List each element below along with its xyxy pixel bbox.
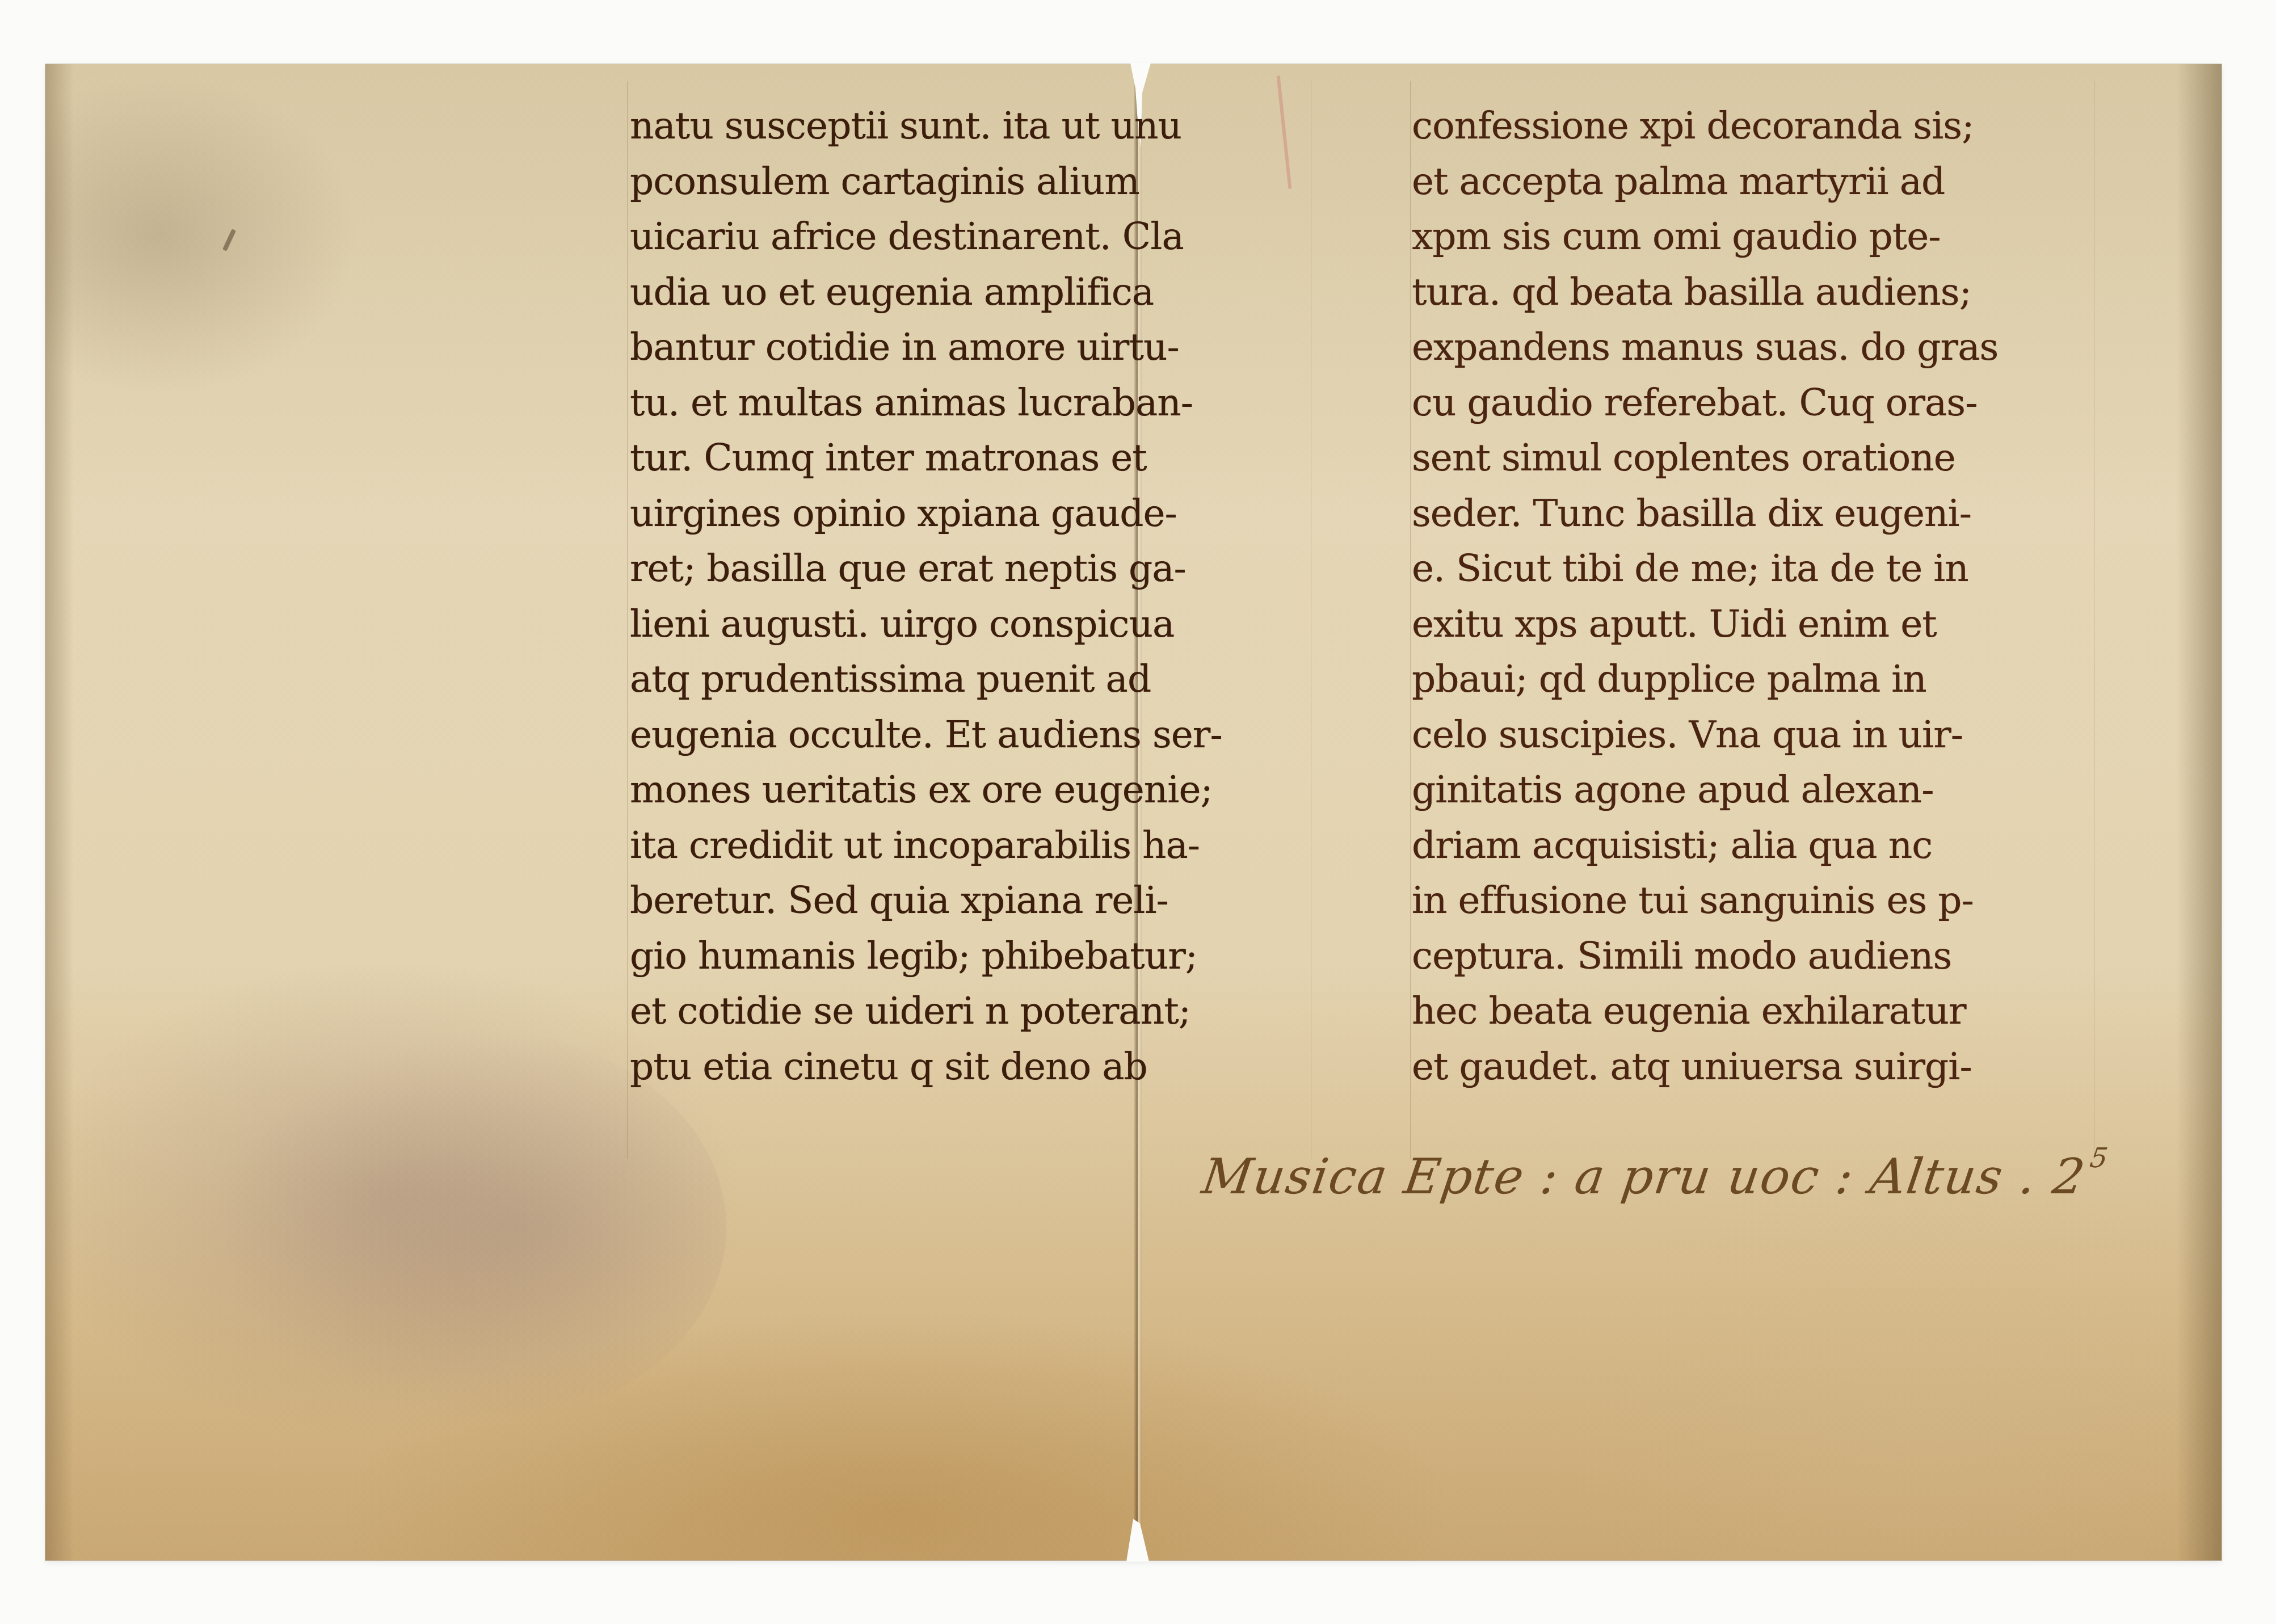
text-line: et gaudet. atq uniuersa suirgi- xyxy=(1412,1039,2093,1095)
text-line: bantur cotidie in amore uirtu- xyxy=(630,319,1299,375)
text-line: et accepta palma martyrii ad xyxy=(1412,154,2093,209)
pencil-mark xyxy=(222,229,236,251)
text-line: sent simul coplentes oratione xyxy=(1412,430,2093,486)
text-line: driam acquisisti; alia qua nc xyxy=(1412,818,2093,873)
text-line: cu gaudio referebat. Cuq oras- xyxy=(1412,375,2093,431)
text-line: expandens manus suas. do gras xyxy=(1412,319,2093,375)
text-line: tur. Cumq inter matronas et xyxy=(630,430,1299,486)
text-line: eugenia occulte. Et audiens ser- xyxy=(630,707,1299,763)
text-line: tura. qd beata basilla audiens; xyxy=(1412,264,2093,320)
text-line: xpm sis cum omi gaudio pte- xyxy=(1412,209,2093,264)
text-line: uicariu africe destinarent. Cla xyxy=(630,209,1299,264)
text-line: natu susceptii sunt. ita ut unu xyxy=(630,98,1299,154)
text-line: ptu etia cinetu q sit deno ab xyxy=(630,1039,1299,1095)
ruling-line-left-inner xyxy=(1311,81,1311,1159)
parchment-left-edge-shadow xyxy=(45,64,74,1560)
ruling-line-left-outer xyxy=(627,81,628,1159)
text-line: seder. Tunc basilla dix eugeni- xyxy=(1412,486,2093,541)
text-line: atq prudentissima puenit ad xyxy=(630,651,1299,707)
text-line: ceptura. Simili modo audiens xyxy=(1412,928,2093,984)
text-line: confessione xpi decoranda sis; xyxy=(1412,98,2093,154)
bottom-notch xyxy=(1126,1519,1149,1562)
text-line: ret; basilla que erat neptis ga- xyxy=(630,541,1299,596)
text-line: ita credidit ut incoparabilis ha- xyxy=(630,818,1299,873)
text-line: gio humanis legib; phibebatur; xyxy=(630,928,1299,984)
text-line: pbaui; qd dupplice palma in xyxy=(1412,651,2093,707)
text-line: uirgines opinio xpiana gaude- xyxy=(630,486,1299,541)
text-line: e. Sicut tibi de me; ita de te in xyxy=(1412,541,2093,596)
text-line: beretur. Sed quia xpiana reli- xyxy=(630,873,1299,928)
parchment-right-edge-shadow xyxy=(2176,64,2222,1560)
text-line: celo suscipies. Vna qua in uir- xyxy=(1412,707,2093,763)
ruling-line-right-inner xyxy=(2094,81,2094,1159)
text-line: hec beata eugenia exhilaratur xyxy=(1412,983,2093,1039)
text-line: udia uo et eugenia amplifica xyxy=(630,264,1299,320)
text-line: ginitatis agone apud alexan- xyxy=(1412,762,2093,818)
text-line: lieni augusti. uirgo conspicua xyxy=(630,596,1299,652)
ruling-line-right-outer xyxy=(1410,81,1411,1159)
text-line: et cotidie se uideri n poterant; xyxy=(630,983,1299,1039)
parchment-leaf: natu susceptii sunt. ita ut unu pconsule… xyxy=(45,64,2222,1560)
inscription-superscript: 5 xyxy=(2088,1142,2111,1174)
text-line: pconsulem cartaginis alium xyxy=(630,154,1299,209)
right-text-column: confessione xpi decoranda sis; et accept… xyxy=(1412,98,2093,1094)
later-hand-inscription: Musica Epte : a pru uoc : Altus . 25 xyxy=(1198,1142,2111,1205)
inscription-text: Musica Epte : a pru uoc : Altus . 2 xyxy=(1198,1148,2089,1205)
text-line: in effusione tui sanguinis es p- xyxy=(1412,873,2093,928)
text-line: tu. et multas animas lucraban- xyxy=(630,375,1299,431)
text-line: mones ueritatis ex ore eugenie; xyxy=(630,762,1299,818)
left-text-column: natu susceptii sunt. ita ut unu pconsule… xyxy=(630,98,1299,1094)
text-line: exitu xps aputt. Uidi enim et xyxy=(1412,596,2093,652)
